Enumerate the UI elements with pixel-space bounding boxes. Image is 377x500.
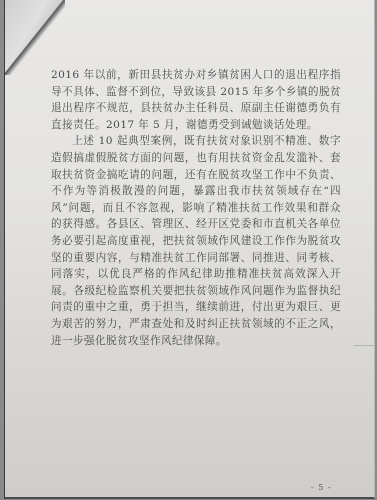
page-edge-shadow (354, 345, 374, 346)
document-page: 2016 年以前，新田县扶贫办对乡镇贫困人口的退出程序指导不具体、监督不到位，导… (4, 0, 375, 499)
paragraph-2: 上述 10 起典型案例，既有扶贫对象识别不精准、数字造假搞虚假脱贫方面的问题，也… (51, 133, 341, 349)
document-body: 2016 年以前，新田县扶贫办对乡镇贫困人口的退出程序指导不具体、监督不到位，导… (51, 67, 341, 349)
folded-corner-edge (5, 0, 65, 75)
scan-frame: 2016 年以前，新田县扶贫办对乡镇贫困人口的退出程序指导不具体、监督不到位，导… (0, 0, 377, 500)
page-number: - 5 - (311, 483, 332, 492)
paragraph-1: 2016 年以前，新田县扶贫办对乡镇贫困人口的退出程序指导不具体、监督不到位，导… (51, 67, 341, 133)
